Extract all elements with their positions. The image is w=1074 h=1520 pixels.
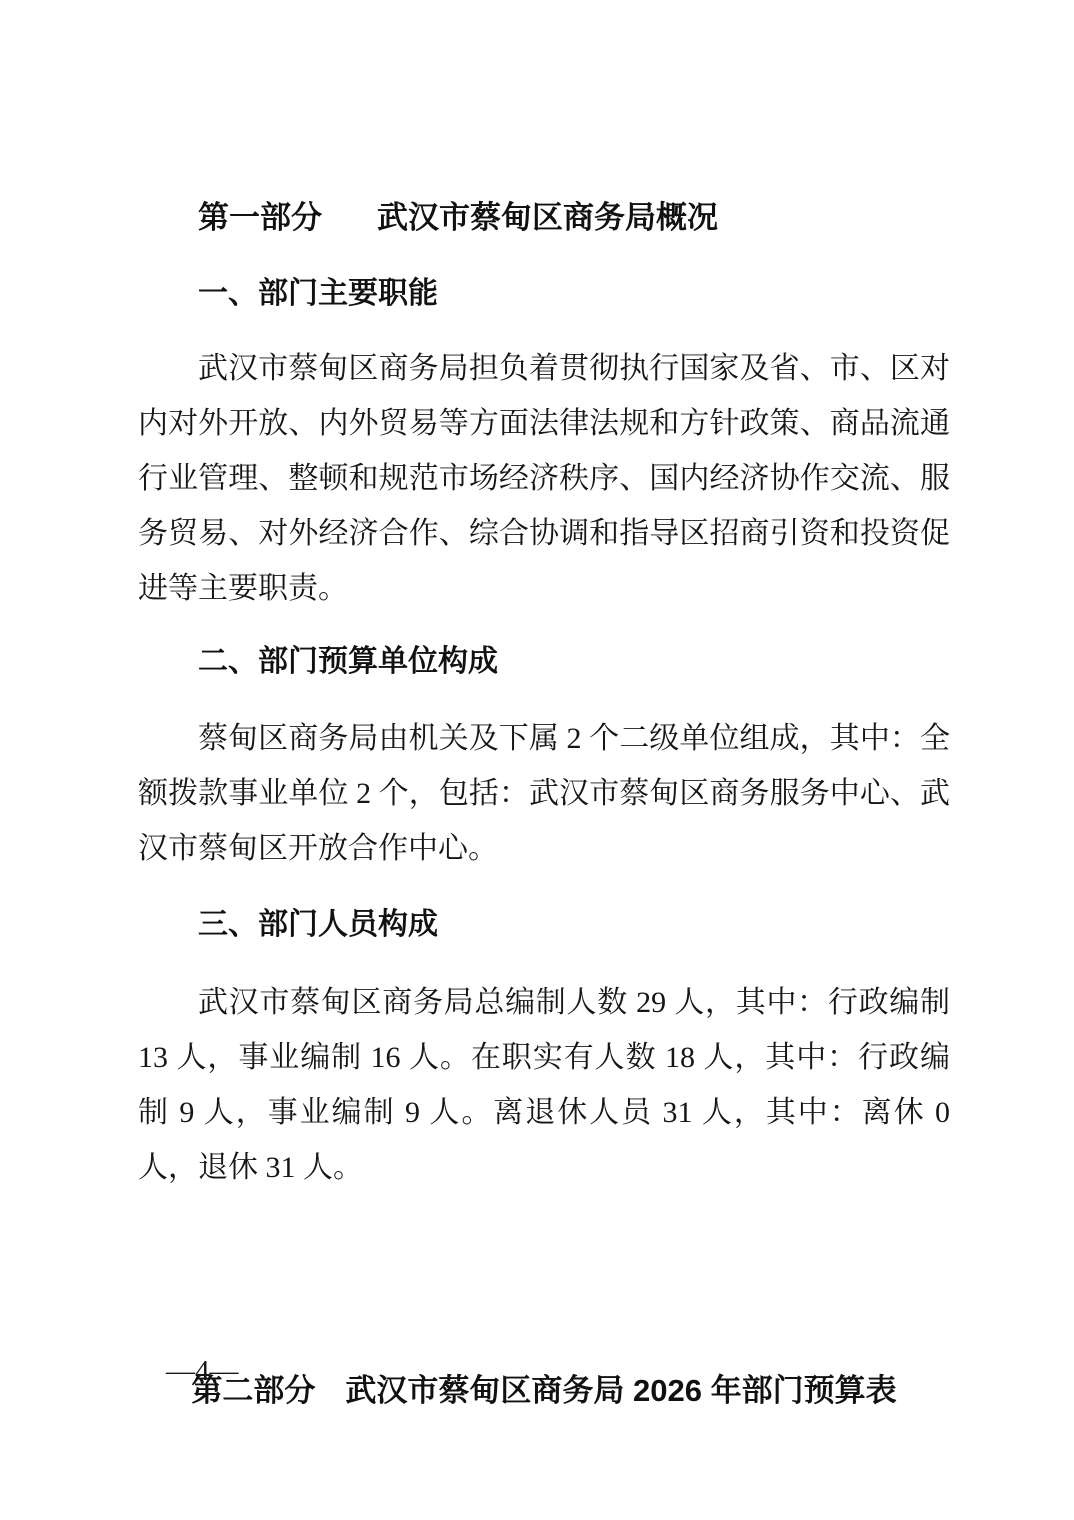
paragraph-personnel: 武汉市蔡甸区商务局总编制人数 29 人，其中：行政编制 13 人，事业编制 16… xyxy=(138,975,950,1195)
part1-title: 武汉市蔡甸区商务局概况 xyxy=(377,200,718,235)
document-page: 第一部分武汉市蔡甸区商务局概况 一、部门主要职能 武汉市蔡甸区商务局担负着贯彻执… xyxy=(0,0,1074,1520)
part1-label: 第一部分 xyxy=(198,200,322,235)
paragraph-budget-units: 蔡甸区商务局由机关及下属 2 个二级单位组成，其中：全额拨款事业单位 2 个，包… xyxy=(138,711,950,876)
section-heading-personnel: 三、部门人员构成 xyxy=(138,903,950,947)
paragraph-main-duties: 武汉市蔡甸区商务局担负着贯彻执行国家及省、市、区对内对外开放、内外贸易等方面法律… xyxy=(138,341,950,616)
part1-heading: 第一部分武汉市蔡甸区商务局概况 xyxy=(138,196,950,240)
document-content: 第一部分武汉市蔡甸区商务局概况 一、部门主要职能 武汉市蔡甸区商务局担负着贯彻执… xyxy=(0,0,1074,1413)
section-heading-budget-units: 二、部门预算单位构成 xyxy=(138,640,950,684)
section-heading-main-duties: 一、部门主要职能 xyxy=(138,272,950,316)
part2-title: 武汉市蔡甸区商务局 2026 年部门预算表 xyxy=(345,1373,896,1408)
page-number: —4— xyxy=(166,1354,239,1388)
part2-heading: 第二部分武汉市蔡甸区商务局 2026 年部门预算表 xyxy=(138,1369,950,1413)
